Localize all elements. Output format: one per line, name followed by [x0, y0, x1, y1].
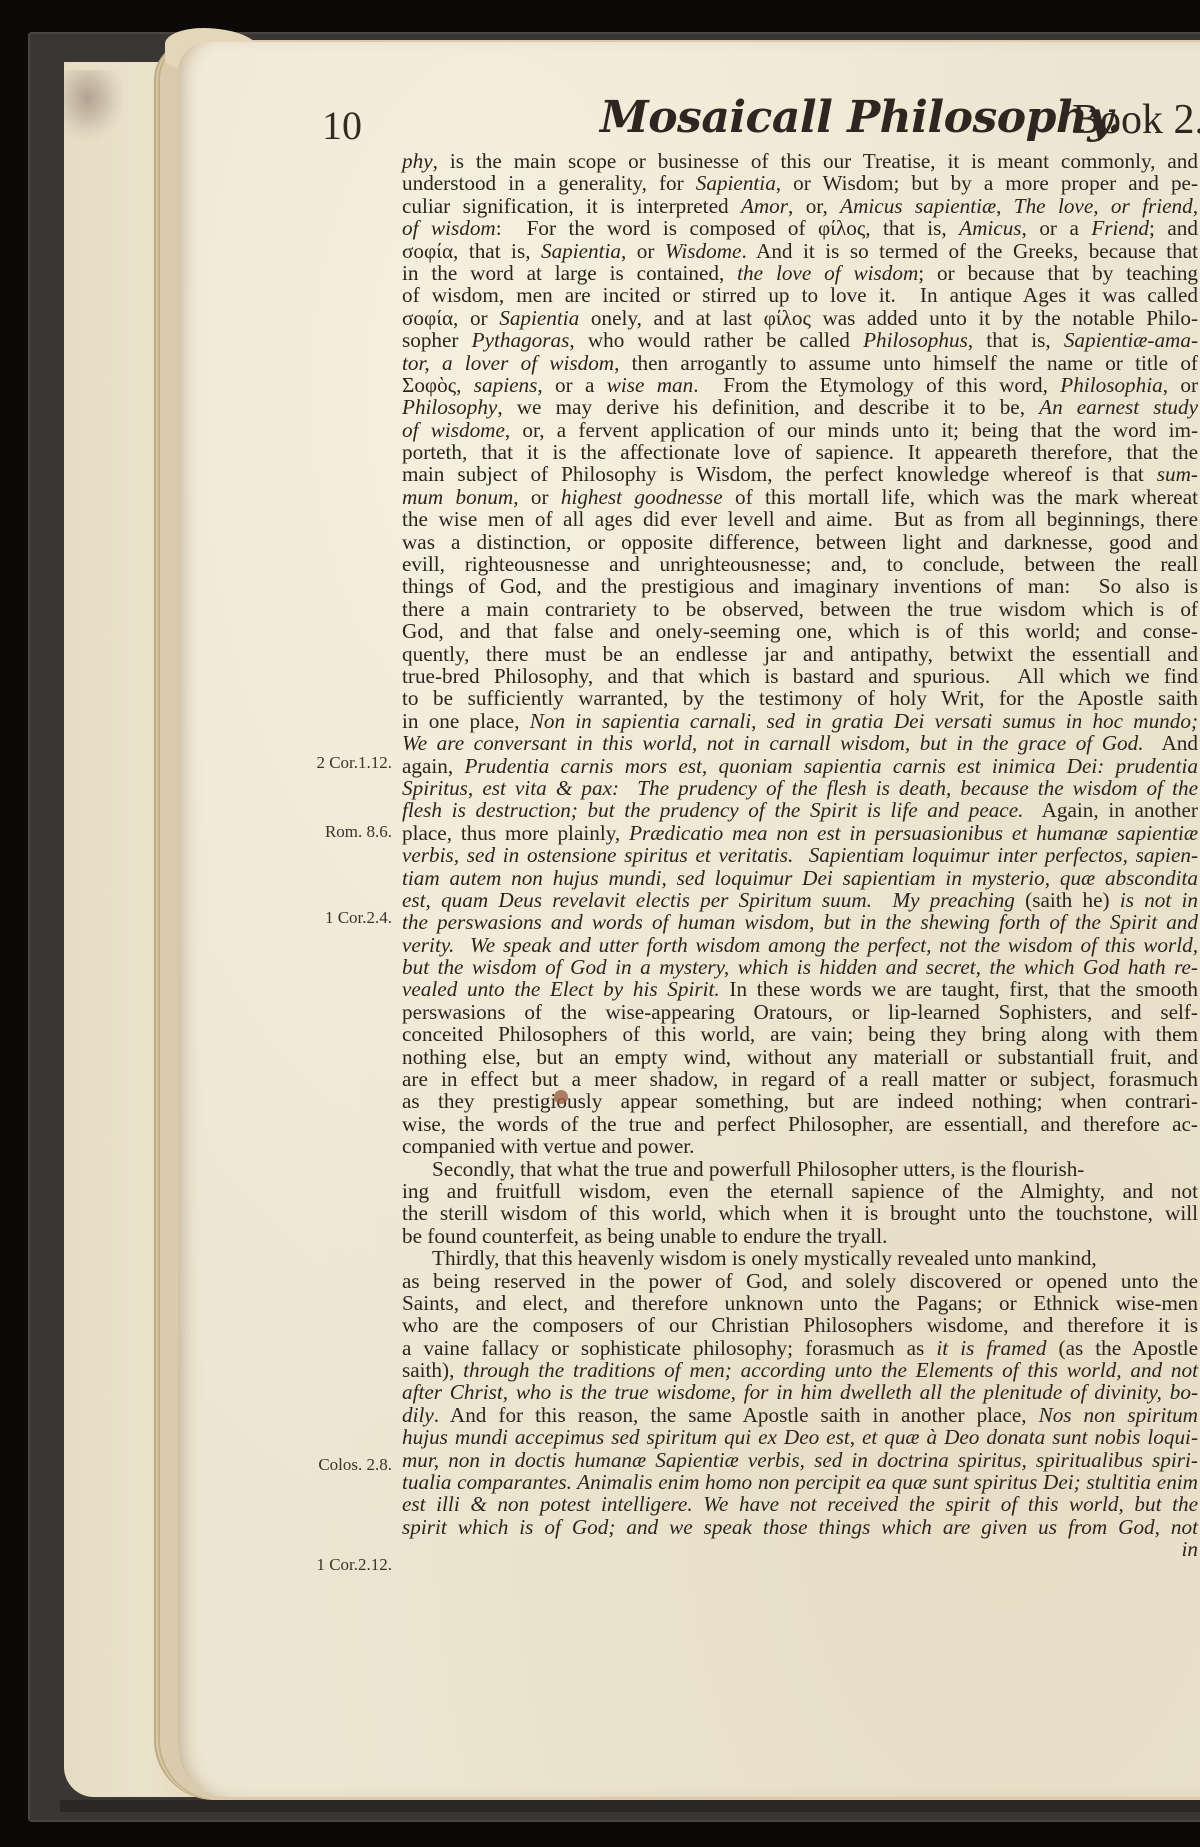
roman-text: understood in a generality, for	[402, 171, 696, 195]
roman-text: Saints, and elect, and therefore unknown…	[402, 1291, 1198, 1315]
italic-text: tor, a lover of wisdom	[402, 351, 614, 375]
roman-text: as being reserved in the power of God, a…	[402, 1269, 1198, 1293]
italic-text: Spiritus, est vita & pax: The prudency o…	[402, 776, 1198, 800]
body-text: phy, is the main scope or businesse of t…	[402, 150, 1198, 1561]
text-line: main subject of Philosophy is Wisdom, th…	[402, 463, 1198, 485]
text-line: σοφία, or Sapientia onely, and at last φ…	[402, 307, 1198, 329]
roman-text: saith),	[402, 1358, 463, 1382]
italic-text: dily	[402, 1403, 434, 1427]
italic-text: through the traditions of men; according…	[463, 1358, 1198, 1382]
roman-text: in one place,	[402, 709, 530, 733]
italic-text: spirit which is of God; and we speak tho…	[402, 1515, 1198, 1539]
text-line: in the word at large is contained, the l…	[402, 262, 1198, 284]
roman-text: , or	[513, 485, 561, 509]
italic-text: sapiens	[474, 373, 538, 397]
italic-text: after Christ, who is the true wisdome, f…	[402, 1380, 1198, 1404]
roman-text: sopher	[402, 328, 472, 352]
text-line: wise, the words of the true and perfect …	[402, 1113, 1198, 1135]
text-line: true-bred Philosophy, and that which is …	[402, 665, 1198, 687]
text-line: culiar signification, it is interpreted …	[402, 195, 1198, 217]
roman-text: God, and that false and onely-seeming on…	[402, 619, 1198, 643]
text-line: saith), through the traditions of men; a…	[402, 1359, 1198, 1381]
roman-text: to be sufficiently warranted, by the tes…	[402, 686, 1198, 710]
italic-text: Nos non spiritum	[1039, 1403, 1198, 1427]
text-line: tiam autem non hujus mundi, sed loquimur…	[402, 867, 1198, 889]
roman-text: as they prestigiously appear something, …	[402, 1089, 1198, 1113]
italic-text: An earnest study	[1039, 395, 1198, 419]
text-line: nothing else, but an empty wind, without…	[402, 1046, 1198, 1068]
text-line: place, thus more plainly, Prædicatio mea…	[402, 822, 1198, 844]
roman-text: onely, and at last φίλος was added unto …	[579, 306, 1198, 330]
roman-text: be found counterfeit, as being unable to…	[402, 1224, 887, 1248]
italic-text: hujus mundi accepimus sed spiritum qui e…	[402, 1425, 1198, 1449]
roman-text: of wisdom, men are incited or stirred up…	[402, 283, 1198, 307]
italic-text: Sapientia	[499, 306, 579, 330]
italic-text: of wisdome	[402, 418, 505, 442]
roman-text: . And it is so termed of the Greeks, bec…	[741, 239, 1198, 263]
roman-text: there a main contrariety to be observed,…	[402, 597, 1198, 621]
italic-text: the love of wisdom	[737, 261, 918, 285]
text-line: of wisdome, or, a fervent application of…	[402, 419, 1198, 441]
roman-text: quently, there must be an endlesse jar a…	[402, 642, 1198, 666]
text-line: in	[402, 1538, 1198, 1560]
italic-text: in	[1182, 1537, 1198, 1561]
text-line: the wise men of all ages did ever levell…	[402, 508, 1198, 530]
italic-text: highest goodnesse	[561, 485, 723, 509]
text-line: mum bonum, or highest goodnesse of this …	[402, 486, 1198, 508]
italic-text: Non in sapientia carnali, sed in gratia …	[530, 709, 1198, 733]
italic-text: mum bonum	[402, 485, 513, 509]
text-line: vealed unto the Elect by his Spirit. In …	[402, 978, 1198, 1000]
italic-text: Philosophus	[863, 328, 968, 352]
roman-text: , we may derive his definition, and desc…	[497, 395, 1039, 419]
roman-text: ,	[996, 194, 1014, 218]
italic-text: The love, or friend,	[1014, 194, 1198, 218]
roman-text: And	[1144, 731, 1198, 755]
text-line: who are the composers of our Christian P…	[402, 1314, 1198, 1336]
text-line: verity. We speak and utter forth wisdom …	[402, 934, 1198, 956]
roman-text: ; or because that by teaching	[918, 261, 1198, 285]
italic-text: tualia comparantes. Animalis enim homo n…	[402, 1470, 1198, 1494]
roman-text: , or a	[1022, 216, 1092, 240]
roman-text: the sterill wisdom of this world, which …	[402, 1201, 1198, 1225]
running-head: 10 Mosaicall Philosophy. Book 2.	[0, 92, 1200, 152]
italic-text: est illi & non potest intelligere. We ha…	[402, 1492, 1198, 1516]
roman-text: , then arrogantly to assume unto himself…	[614, 351, 1198, 375]
text-line: there a main contrariety to be observed,…	[402, 598, 1198, 620]
text-line: tualia comparantes. Animalis enim homo n…	[402, 1471, 1198, 1493]
margin-note: Colos. 2.8.	[318, 1455, 392, 1475]
roman-text: (saith he)	[1015, 888, 1120, 912]
italic-text: verity. We speak and utter forth wisdom …	[402, 933, 1198, 957]
roman-text: Secondly, that what the true and powerfu…	[432, 1157, 1084, 1181]
italic-text: Wisdome	[665, 239, 742, 263]
roman-text: wise, the words of the true and perfect …	[402, 1112, 1198, 1136]
text-line: porteth, that it is the affectionate lov…	[402, 441, 1198, 463]
roman-text: , or, a fervent application of our minds…	[505, 418, 1198, 442]
roman-text: of this mortall life, which was the mark…	[723, 485, 1198, 509]
italic-text: vealed unto the Elect by his Spirit.	[402, 977, 720, 1001]
italic-text: sum-	[1157, 462, 1198, 486]
italic-text: Prudentia carnis mors est, quoniam sapie…	[464, 754, 1198, 778]
text-line: again, Prudentia carnis mors est, quonia…	[402, 755, 1198, 777]
roman-text: are in effect but a meer shadow, in rega…	[402, 1067, 1198, 1091]
italic-text: Amor	[741, 194, 788, 218]
italic-text: flesh is destruction; but the prudency o…	[402, 798, 1023, 822]
text-line: est, quam Deus revelavit electis per Spi…	[402, 889, 1198, 911]
text-line: Thirdly, that this heavenly wisdom is on…	[402, 1247, 1198, 1269]
roman-text: Again, in another	[1023, 798, 1198, 822]
text-line: companied with vertue and power.	[402, 1135, 1198, 1157]
italic-text: verbis, sed in ostensione spiritus et ve…	[402, 843, 1198, 867]
text-line: mur, non in doctis humanæ Sapientiæ verb…	[402, 1449, 1198, 1471]
book-label: Book 2.	[1072, 96, 1200, 144]
roman-text: Σοφὸς,	[402, 373, 474, 397]
italic-text: it is framed	[936, 1336, 1046, 1360]
roman-text: σοφία, that is,	[402, 239, 541, 263]
roman-text: , or Wisdom; but by a more proper and pe…	[776, 171, 1198, 195]
italic-text: Philosophy	[402, 395, 497, 419]
italic-text: Sapientia	[696, 171, 776, 195]
italic-text: We are conversant in this world, not in …	[402, 731, 1144, 755]
italic-text: Pythagoras	[472, 328, 570, 352]
text-line: We are conversant in this world, not in …	[402, 732, 1198, 754]
text-line: perswasions of the wise-appearing Oratou…	[402, 1001, 1198, 1023]
roman-text: , or	[621, 239, 665, 263]
text-line: hujus mundi accepimus sed spiritum qui e…	[402, 1426, 1198, 1448]
roman-text: main subject of Philosophy is Wisdom, th…	[402, 462, 1157, 486]
margin-note: Rom. 8.6.	[325, 822, 392, 842]
italic-text: Sapientia	[541, 239, 621, 263]
italic-text: Prædicatio mea non est in persuasionibus…	[629, 821, 1198, 845]
roman-text: : For the word is composed of φίλος, tha…	[496, 216, 959, 240]
roman-text: ing and fruitfull wisdom, even the etern…	[402, 1179, 1198, 1203]
italic-text: phy	[402, 149, 433, 173]
roman-text: σοφία, or	[402, 306, 499, 330]
text-line: conceited Philosophers of this world, ar…	[402, 1023, 1198, 1045]
roman-text: culiar signification, it is interpreted	[402, 194, 741, 218]
italic-text: wise man	[607, 373, 694, 397]
italic-text: of wisdom	[402, 216, 496, 240]
roman-text: things of God, and the prestigious and i…	[402, 574, 1198, 598]
italic-text: tiam autem non hujus mundi, sed loquimur…	[402, 866, 1198, 890]
roman-text: again,	[402, 754, 464, 778]
text-line: to be sufficiently warranted, by the tes…	[402, 687, 1198, 709]
roman-text: who are the composers of our Christian P…	[402, 1313, 1198, 1337]
roman-text: , or,	[788, 194, 840, 218]
roman-text: , is the main scope or businesse of this…	[433, 149, 1198, 173]
text-line: God, and that false and onely-seeming on…	[402, 620, 1198, 642]
roman-text: (as the Apostle	[1046, 1336, 1198, 1360]
roman-text: place, thus more plainly,	[402, 821, 629, 845]
italic-text: but the wisdom of God in a mystery, whic…	[402, 955, 1198, 979]
running-title: Mosaicall Philosophy.	[600, 92, 1122, 143]
roman-text: , or	[1163, 373, 1198, 397]
ink-blot	[554, 1090, 568, 1104]
italic-text: is not in	[1120, 888, 1198, 912]
text-line: Secondly, that what the true and powerfu…	[402, 1158, 1198, 1180]
italic-text: Amicus sapientiæ	[840, 194, 996, 218]
text-line: understood in a generality, for Sapienti…	[402, 172, 1198, 194]
text-line: spirit which is of God; and we speak tho…	[402, 1516, 1198, 1538]
roman-text: Thirdly, that this heavenly wisdom is on…	[432, 1246, 1097, 1270]
roman-text: conceited Philosophers of this world, ar…	[402, 1022, 1198, 1046]
text-line: a vaine fallacy or sophisticate philosop…	[402, 1337, 1198, 1359]
roman-text: perswasions of the wise-appearing Oratou…	[402, 1000, 1198, 1024]
text-line: in one place, Non in sapientia carnali, …	[402, 710, 1198, 732]
page-number: 10	[322, 102, 362, 149]
roman-text: . From the Etymology of this word,	[693, 373, 1060, 397]
text-line: Spiritus, est vita & pax: The prudency o…	[402, 777, 1198, 799]
roman-text: , who would rather be called	[569, 328, 863, 352]
text-line: be found counterfeit, as being unable to…	[402, 1225, 1198, 1247]
roman-text: the wise men of all ages did ever levell…	[402, 507, 1198, 531]
text-line: Σοφὸς, sapiens, or a wise man. From the …	[402, 374, 1198, 396]
text-line: tor, a lover of wisdom, then arrogantly …	[402, 352, 1198, 374]
roman-text: true-bred Philosophy, and that which is …	[402, 664, 1198, 688]
text-line: are in effect but a meer shadow, in rega…	[402, 1068, 1198, 1090]
italic-text: Philosophia	[1060, 373, 1162, 397]
text-line: of wisdom: For the word is composed of φ…	[402, 217, 1198, 239]
text-line: but the wisdom of God in a mystery, whic…	[402, 956, 1198, 978]
text-line: Saints, and elect, and therefore unknown…	[402, 1292, 1198, 1314]
roman-text: , that is,	[968, 328, 1064, 352]
roman-text: in the word at large is contained,	[402, 261, 737, 285]
roman-text: nothing else, but an empty wind, without…	[402, 1045, 1198, 1069]
text-line: things of God, and the prestigious and i…	[402, 575, 1198, 597]
margin-note: 1 Cor.2.12.	[316, 1555, 392, 1575]
italic-text: mur, non in doctis humanæ Sapientiæ verb…	[402, 1448, 1198, 1472]
text-line: the perswasions and words of human wisdo…	[402, 911, 1198, 933]
margin-note: 1 Cor.2.4.	[325, 908, 392, 928]
text-line: est illi & non potest intelligere. We ha…	[402, 1493, 1198, 1515]
roman-text: In these words we are taught, first, tha…	[720, 977, 1198, 1001]
text-line: of wisdom, men are incited or stirred up…	[402, 284, 1198, 306]
text-line: as being reserved in the power of God, a…	[402, 1270, 1198, 1292]
roman-text: companied with vertue and power.	[402, 1134, 694, 1158]
text-line: sopher Pythagoras, who would rather be c…	[402, 329, 1198, 351]
roman-text: a vaine fallacy or sophisticate philosop…	[402, 1336, 936, 1360]
text-line: quently, there must be an endlesse jar a…	[402, 643, 1198, 665]
text-line: Philosophy, we may derive his definition…	[402, 396, 1198, 418]
roman-text: . And for this reason, the same Apostle …	[434, 1403, 1039, 1427]
text-line: the sterill wisdom of this world, which …	[402, 1202, 1198, 1224]
roman-text: evill, righteousnesse and unrighteousnes…	[402, 552, 1198, 576]
italic-text: est, quam Deus revelavit electis per Spi…	[402, 888, 1015, 912]
margin-note: 2 Cor.1.12.	[316, 753, 392, 773]
text-line: was a distinction, or opposite differenc…	[402, 531, 1198, 553]
roman-text: , or a	[537, 373, 606, 397]
text-line: evill, righteousnesse and unrighteousnes…	[402, 553, 1198, 575]
italic-text: Friend	[1091, 216, 1149, 240]
roman-text: porteth, that it is the affectionate lov…	[402, 440, 1198, 464]
roman-text: ; and	[1149, 216, 1198, 240]
roman-text: was a distinction, or opposite differenc…	[402, 530, 1198, 554]
text-line: verbis, sed in ostensione spiritus et ve…	[402, 844, 1198, 866]
bottom-board-edge	[60, 1800, 1200, 1812]
text-line: after Christ, who is the true wisdome, f…	[402, 1381, 1198, 1403]
italic-text: the perswasions and words of human wisdo…	[402, 910, 1198, 934]
text-line: as they prestigiously appear something, …	[402, 1090, 1198, 1112]
text-line: phy, is the main scope or businesse of t…	[402, 150, 1198, 172]
text-line: ing and fruitfull wisdom, even the etern…	[402, 1180, 1198, 1202]
text-line: dily. And for this reason, the same Apos…	[402, 1404, 1198, 1426]
text-line: flesh is destruction; but the prudency o…	[402, 799, 1198, 821]
italic-text: Sapientiæ-ama-	[1064, 328, 1198, 352]
italic-text: Amicus	[959, 216, 1021, 240]
text-line: σοφία, that is, Sapientia, or Wisdome. A…	[402, 240, 1198, 262]
